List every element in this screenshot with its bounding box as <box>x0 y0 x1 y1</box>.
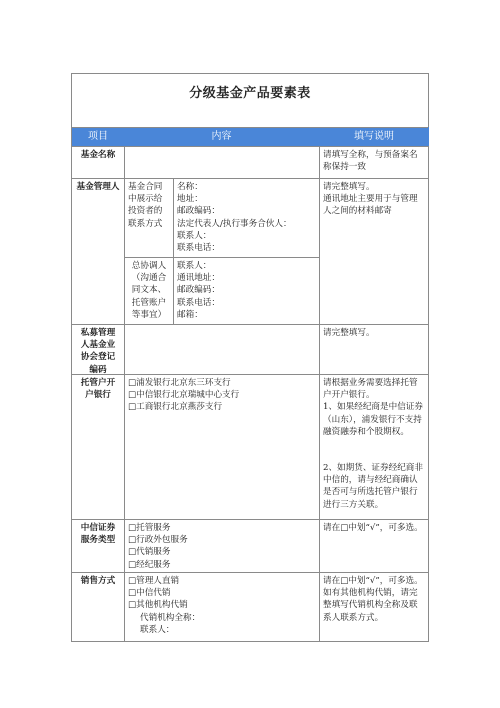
fund-name-note: 请填写全称，与预备案名称保持一致 <box>320 147 429 178</box>
row-label-citic-service: 中信证券服务类型 <box>74 520 122 548</box>
row-label-sales: 销售方式 <box>72 573 124 589</box>
sales-note: 请在□中划“√”，可多选。 如有其他机构代销，请完整填写代销机构全称及联系人联系… <box>320 573 429 626</box>
fund-name-field[interactable] <box>125 147 319 178</box>
header-instructions: 填写说明 <box>319 127 429 146</box>
checkbox-admin-outsourcing[interactable]: □行政外包服务 <box>128 534 316 546</box>
checkbox-direct-sales[interactable]: □管理人直销 <box>128 575 316 587</box>
header-item: 项目 <box>72 127 124 146</box>
field-name[interactable]: 名称： <box>177 181 316 193</box>
coordinator-fields[interactable]: 联系人： 通讯地址： 邮政编码： 联系电话： 邮箱： <box>174 258 319 323</box>
field-contact[interactable]: 联系人： <box>177 230 316 242</box>
header-content: 内容 <box>124 127 319 146</box>
row-label-manager: 基金管理人 <box>72 179 124 195</box>
checkbox-spdb[interactable]: □浦发银行北京东三环支行 <box>128 377 316 389</box>
row-label-fund-name: 基金名称 <box>72 147 124 178</box>
sales-options: □管理人直销 □中信代销 □其他机构代销 代销机构全称： 联系人： <box>125 573 319 638</box>
amac-code-field[interactable] <box>125 325 319 374</box>
field-postcode[interactable]: 邮政编码： <box>177 284 316 296</box>
field-postcode[interactable]: 邮政编码： <box>177 205 316 217</box>
checkbox-icbc[interactable]: □工商银行北京燕莎支行 <box>128 401 316 413</box>
field-mail-address[interactable]: 通讯地址： <box>177 272 316 284</box>
field-distributor-contact[interactable]: 联系人： <box>128 624 316 636</box>
checkbox-distribution-service[interactable]: □代销服务 <box>128 546 316 558</box>
field-distributor-name[interactable]: 代销机构全称： <box>128 612 316 624</box>
citic-service-options: □托管服务 □行政外包服务 □代销服务 □经纪服务 <box>125 520 319 573</box>
checkbox-other-distribution[interactable]: □其他机构代销 <box>128 599 316 611</box>
amac-code-note: 请完整填写。 <box>320 325 429 341</box>
field-legal-rep[interactable]: 法定代表人/执行事务合伙人： <box>177 218 316 230</box>
product-elements-table: 分级基金产品要素表 项目 内容 填写说明 基金名称 请填写全称，与预备案名称保持… <box>71 73 429 642</box>
checkbox-custody-service[interactable]: □托管服务 <box>128 522 316 534</box>
checkbox-brokerage-service[interactable]: □经纪服务 <box>128 559 316 571</box>
manager-contact-fields[interactable]: 名称： 地址： 邮政编码： 法定代表人/执行事务合伙人： 联系人： 联系电话： <box>174 179 319 256</box>
field-phone[interactable]: 联系电话： <box>177 242 316 254</box>
checkbox-citic-bank[interactable]: □中信银行北京瑞城中心支行 <box>128 389 316 401</box>
field-contact[interactable]: 联系人： <box>177 260 316 272</box>
checkbox-citic-distribution[interactable]: □中信代销 <box>128 587 316 599</box>
field-email[interactable]: 邮箱： <box>177 309 316 321</box>
row-label-amac-code: 私募管理人基金业协会登记编码 <box>74 325 122 378</box>
manager-contact-label: 基金合同中展示给投资者的联系方式 <box>125 179 173 232</box>
manager-note: 请完整填写。 通讯地址主要用于与管理人之间的材料邮寄 <box>320 179 429 220</box>
coordinator-label: 总协调人（沟通合同文本、托管账户等事宜） <box>125 258 173 323</box>
field-phone[interactable]: 联系电话： <box>177 297 316 309</box>
title-area: 分级基金产品要素表 <box>72 74 428 127</box>
custody-bank-note: 请根据业务需要选择托管户开户银行。 1、如果经纪商是中信证券（山东），浦发银行不… <box>320 375 429 513</box>
citic-service-note: 请在□中划“√”，可多选。 <box>320 520 429 536</box>
divider <box>72 127 428 128</box>
field-address[interactable]: 地址： <box>177 193 316 205</box>
row-label-custody-bank: 托管户开户银行 <box>74 375 122 403</box>
document-title: 分级基金产品要素表 <box>72 82 428 101</box>
custody-bank-options: □浦发银行北京东三环支行 □中信银行北京瑞城中心支行 □工商银行北京燕莎支行 <box>125 375 319 416</box>
